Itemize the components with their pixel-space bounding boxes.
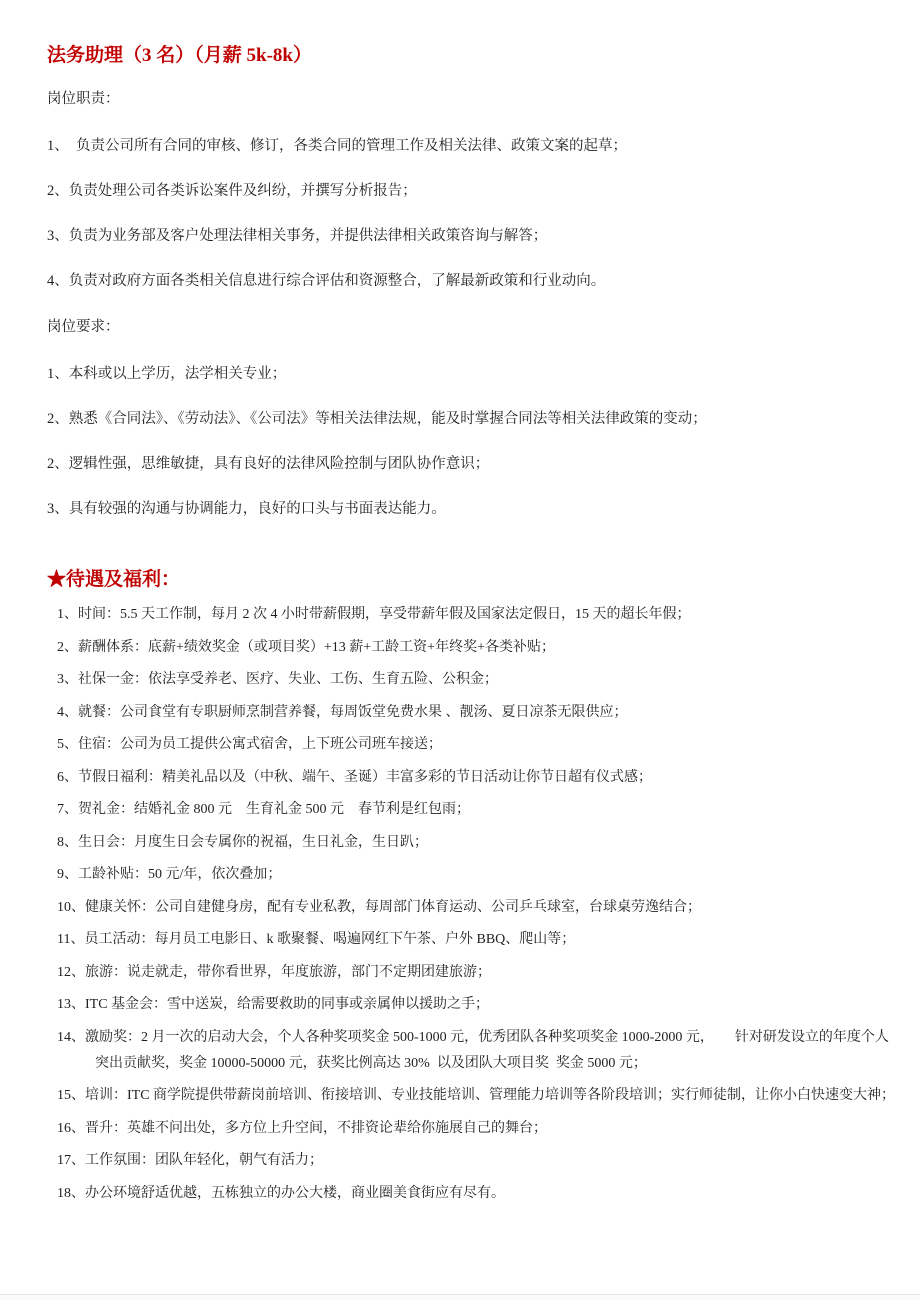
benefit-item: 3、社保一金：依法享受养老、医疗、失业、工伤、生育五险、公积金； — [95, 667, 902, 693]
requirements-list: 1、本科或以上学历，法学相关专业；2、熟悉《合同法》、《劳动法》、《公司法》等相… — [47, 365, 908, 519]
benefit-item: 18、办公环境舒适优越，五栋独立的办公大楼，商业圈美食街应有尽有。 — [95, 1181, 902, 1207]
benefit-item: 10、健康关怀：公司自建健身房，配有专业私教，每周部门体育运动、公司乒乓球室，台… — [95, 895, 902, 921]
benefits-list: 1、时间：5.5 天工作制，每月 2 次 4 小时带薪假期，享受带薪年假及国家法… — [47, 602, 908, 1207]
requirement-item: 1、本科或以上学历，法学相关专业； — [47, 365, 908, 384]
benefit-item: 2、薪酬体系：底薪+绩效奖金（或项目奖）+13 薪+工龄工资+年终奖+各类补贴； — [95, 635, 902, 661]
responsibility-item: 2、负责处理公司各类诉讼案件及纠纷，并撰写分析报告； — [47, 182, 908, 201]
responsibility-item: 1、 负责公司所有合同的审核、修订，各类合同的管理工作及相关法律、政策文案的起草… — [47, 137, 908, 156]
benefit-item: 4、就餐：公司食堂有专职厨师烹制营养餐，每周饭堂免费水果 、靓汤、夏日凉茶无限供… — [95, 700, 902, 726]
page-bottom-divider — [0, 1294, 920, 1300]
document-page: 法务助理（3 名）（月薪 5k-8k） 岗位职责： 1、 负责公司所有合同的审核… — [0, 0, 920, 1300]
benefit-item: 5、住宿：公司为员工提供公寓式宿舍，上下班公司班车接送； — [95, 732, 902, 758]
benefit-item: 16、晋升：英雄不问出处，多方位上升空间，不排资论辈给你施展自己的舞台； — [95, 1116, 902, 1142]
star-icon: ★ — [47, 569, 66, 590]
benefit-item: 8、生日会：月度生日会专属你的祝福，生日礼金，生日趴； — [95, 830, 902, 856]
responsibility-item: 3、负责为业务部及客户处理法律相关事务，并提供法律相关政策咨询与解答； — [47, 227, 908, 246]
requirement-item: 3、具有较强的沟通与协调能力，良好的口头与书面表达能力。 — [47, 500, 908, 519]
benefit-item: 17、工作氛围：团队年轻化，朝气有活力； — [95, 1148, 902, 1174]
benefit-item: 15、培训：ITC 商学院提供带薪岗前培训、衔接培训、专业技能培训、管理能力培训… — [95, 1083, 902, 1109]
requirement-item: 2、熟悉《合同法》、《劳动法》、《公司法》等相关法律法规，能及时掌握合同法等相关… — [47, 410, 908, 429]
benefit-item: 6、节假日福利：精美礼品以及（中秋、端午、圣诞）丰富多彩的节日活动让你节日超有仪… — [95, 765, 902, 791]
requirements-heading: 岗位要求： — [47, 318, 908, 337]
benefit-item: 9、工龄补贴：50 元/年，依次叠加； — [95, 862, 902, 888]
benefits-heading: ★待遇及福利： — [47, 569, 908, 591]
benefit-item: 14、激励奖：2 月一次的启动大会，个人各种奖项奖金 500-1000 元，优秀… — [95, 1025, 902, 1077]
responsibilities-heading: 岗位职责： — [47, 90, 908, 109]
benefit-item: 12、旅游：说走就走，带你看世界，年度旅游，部门不定期团建旅游； — [95, 960, 902, 986]
job-title: 法务助理（3 名）（月薪 5k-8k） — [47, 0, 908, 68]
benefit-item: 1、时间：5.5 天工作制，每月 2 次 4 小时带薪假期，享受带薪年假及国家法… — [95, 602, 902, 628]
benefit-item: 13、ITC 基金会：雪中送炭，给需要救助的同事或亲属伸以援助之手； — [95, 992, 902, 1018]
benefit-item: 11、员工活动：每月员工电影日、k 歌聚餐、喝遍网红下午茶、户外 BBQ、爬山等… — [95, 927, 902, 953]
responsibility-item: 4、负责对政府方面各类相关信息进行综合评估和资源整合，了解最新政策和行业动向。 — [47, 272, 908, 291]
document-content: 法务助理（3 名）（月薪 5k-8k） 岗位职责： 1、 负责公司所有合同的审核… — [0, 0, 920, 1207]
responsibilities-list: 1、 负责公司所有合同的审核、修订，各类合同的管理工作及相关法律、政策文案的起草… — [47, 137, 908, 291]
benefits-heading-label: 待遇及福利： — [66, 569, 180, 590]
benefit-item: 7、贺礼金：结婚礼金 800 元 生育礼金 500 元 春节利是红包雨； — [95, 797, 902, 823]
requirement-item: 2、逻辑性强，思维敏捷，具有良好的法律风险控制与团队协作意识； — [47, 455, 908, 474]
